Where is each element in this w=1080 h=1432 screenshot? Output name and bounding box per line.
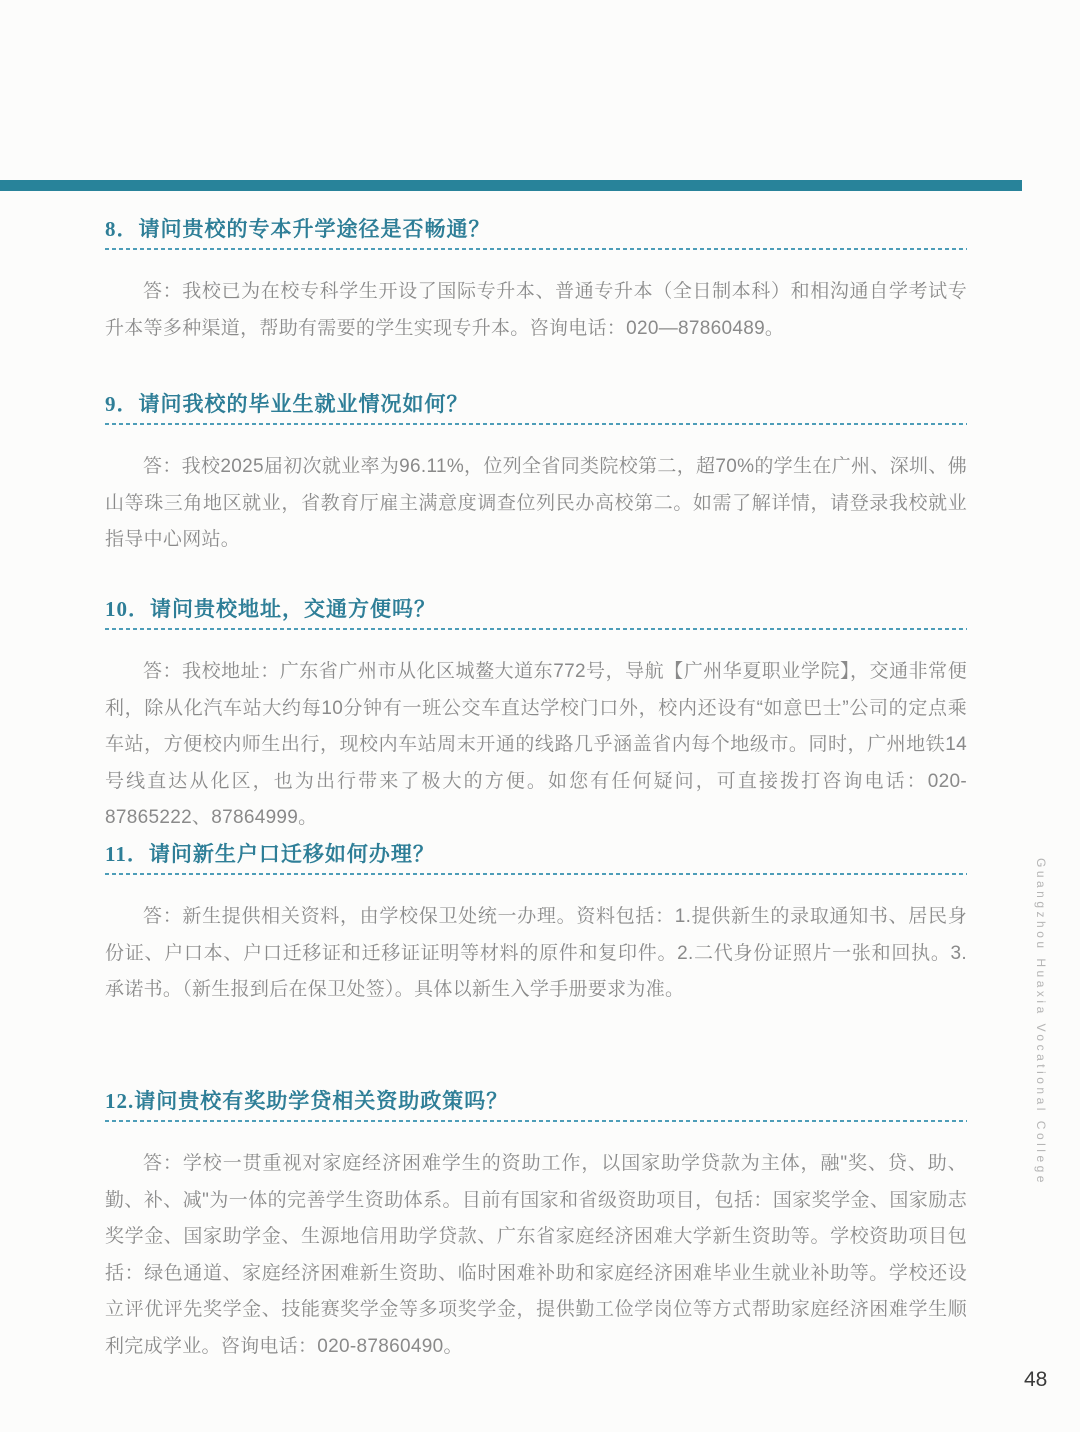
- faq-question: 10．请问贵校地址，交通方便吗？: [105, 594, 967, 624]
- page-number: 48: [1024, 1368, 1047, 1392]
- faq-question: 11．请问新生户口迁移如何办理？: [105, 839, 967, 869]
- faq-question: 8．请问贵校的专本升学途径是否畅通？: [105, 214, 967, 244]
- faq-section-9: 9．请问我校的毕业生就业情况如何？ 答：我校2025届初次就业率为96.11%，…: [105, 389, 967, 559]
- faq-question: 9．请问我校的毕业生就业情况如何？: [105, 389, 967, 419]
- faq-section-11: 11．请问新生户口迁移如何办理？ 答：新生提供相关资料，由学校保卫处统一办理。资…: [105, 839, 967, 1009]
- faq-answer: 答：我校已为在校专科学生开设了国际专升本、普通专升本（全日制本科）和相沟通自学考…: [105, 274, 967, 347]
- dashed-divider: [105, 628, 967, 630]
- dashed-divider: [105, 423, 967, 425]
- faq-answer: 答：我校2025届初次就业率为96.11%，位列全省同类院校第二，超70%的学生…: [105, 449, 967, 559]
- faq-question: 12.请问贵校有奖助学贷相关资助政策吗？: [105, 1086, 967, 1116]
- faq-answer: 答：学校一贯重视对家庭经济困难学生的资助工作，以国家助学贷款为主体，融"奖、贷、…: [105, 1146, 967, 1365]
- page: { "colors": { "accent_bar": "#28839a", "…: [0, 0, 1080, 1432]
- sidebar-vertical-watermark: Guangzhou Huaxia Vocational College: [1034, 858, 1048, 1218]
- faq-section-12: 12.请问贵校有奖助学贷相关资助政策吗？ 答：学校一贯重视对家庭经济困难学生的资…: [105, 1086, 967, 1365]
- accent-bar: [0, 180, 1022, 191]
- faq-section-10: 10．请问贵校地址，交通方便吗？ 答：我校地址：广东省广州市从化区城鳌大道东77…: [105, 594, 967, 837]
- faq-section-8: 8．请问贵校的专本升学途径是否畅通？ 答：我校已为在校专科学生开设了国际专升本、…: [105, 214, 967, 347]
- faq-answer: 答：新生提供相关资料，由学校保卫处统一办理。资料包括：1.提供新生的录取通知书、…: [105, 899, 967, 1009]
- dashed-divider: [105, 1120, 967, 1122]
- faq-answer: 答：我校地址：广东省广州市从化区城鳌大道东772号，导航【广州华夏职业学院】，交…: [105, 654, 967, 837]
- dashed-divider: [105, 873, 967, 875]
- dashed-divider: [105, 248, 967, 250]
